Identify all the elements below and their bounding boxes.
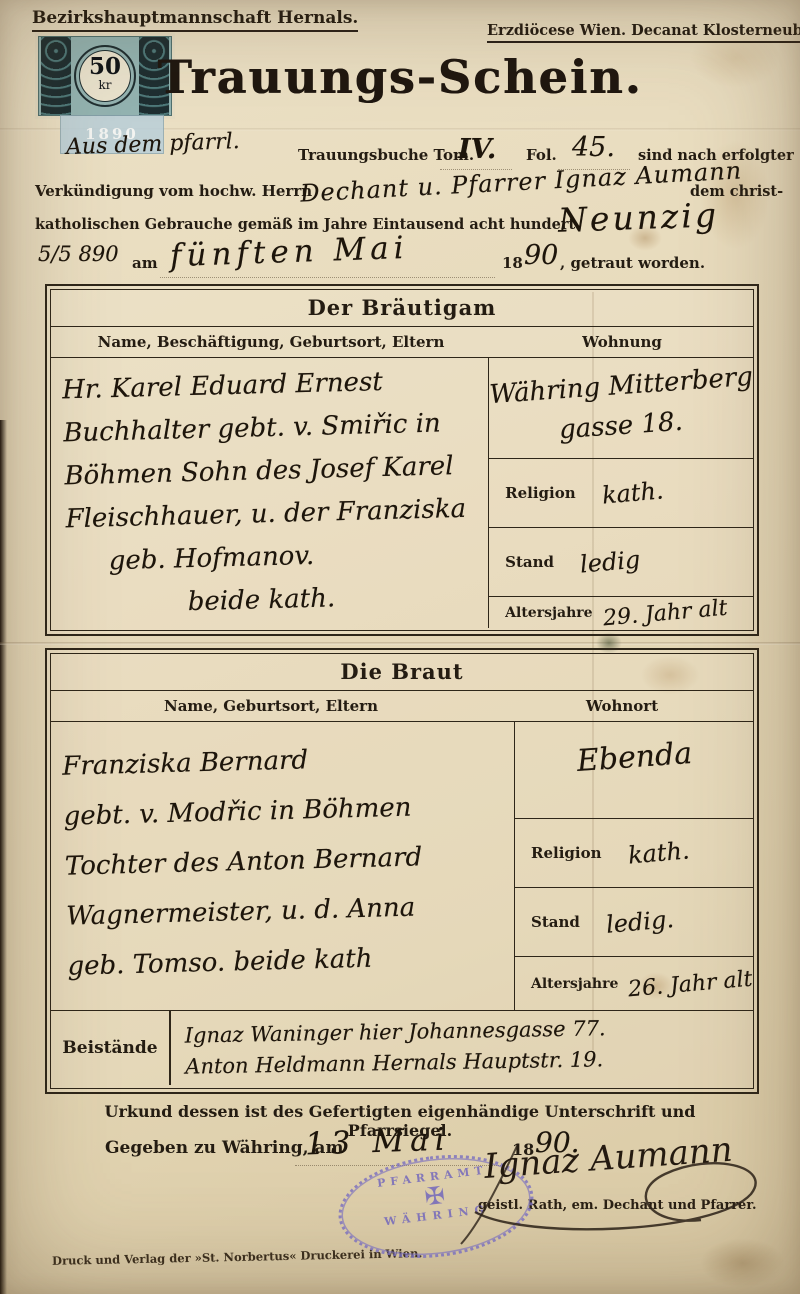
witnesses-label: Beistände [51,1011,171,1085]
folio-label: Fol. [526,146,557,164]
bride-age-row: Altersjahre 26. Jahr alt [515,957,753,1011]
age-label: Altersjahre [489,605,592,621]
bride-residence-cell: Ebenda [515,722,753,819]
register-volume: IV. [458,134,496,165]
status-value: ledig [579,545,641,578]
bride-residence-header: Wohnort [491,697,753,715]
religion-value: kath. [601,476,665,509]
groom-details-header: Name, Beschäftigung, Geburtsort, Eltern [51,333,491,351]
fold-crease [0,642,800,645]
groom-residence-header: Wohnung [491,333,753,351]
groom-right-column: Währing Mitterberg gasse 18. Religion ka… [488,358,753,628]
printer-imprint: Druck und Verlag der »St. Norbertus« Dru… [52,1246,423,1268]
bride-details: Franziska Bernard gebt. v. Modřic in Böh… [47,716,517,1016]
folio-number: 45. [572,132,615,163]
issuing-office-right: Erzdiöcese Wien. Decanat Klosterneuburg. [487,22,800,43]
age-value: 29. Jahr alt [602,595,728,631]
age-value: 26. Jahr alt [628,966,754,1002]
margin-annotation: Aus dem pfarrl. [66,129,240,160]
groom-table: Der Bräutigam Name, Beschäftigung, Gebur… [50,289,754,631]
groom-details: Hr. Karel Eduard Ernest Buchhalter gebt.… [48,352,492,633]
witnesses-row: Beistände Ignaz Waninger hier Johannesga… [51,1010,753,1085]
bride-section: Die Braut Name, Geburtsort, Eltern Wohno… [45,648,759,1094]
bride-column-headers: Name, Geburtsort, Eltern Wohnort [51,691,753,722]
year-suffix: 90 [524,240,558,271]
bride-table-body: Franziska Bernard gebt. v. Modřic in Böh… [51,722,753,1010]
bride-details-header: Name, Geburtsort, Eltern [51,697,491,715]
groom-age-row: Altersjahre 29. Jahr alt [489,597,753,629]
year-word: Neunzig [557,195,719,240]
status-label: Stand [489,553,554,571]
status-label: Stand [515,913,580,931]
am-label: am [132,254,158,272]
groom-section-title: Der Bräutigam [51,290,753,327]
paper-edge-shadow [0,420,7,1294]
intro-line3: katholischen Gebrauche gemäß im Jahre Ei… [35,216,575,233]
religion-label: Religion [489,484,576,502]
religion-label: Religion [515,844,602,862]
bride-section-title: Die Braut [51,654,753,691]
bride-details-line: geb. Tomso. beide kath [67,930,505,991]
groom-table-body: Hr. Karel Eduard Ernest Buchhalter gebt.… [51,358,753,628]
wedding-date: fünften Mai [169,230,409,274]
bride-religion-row: Religion kath. [515,819,753,888]
dotted-rule [160,276,495,278]
bride-residence-line: Ebenda [513,714,754,786]
religion-value: kath. [626,836,690,869]
priest-signature: Ignaz Aumann [455,1112,795,1252]
groom-details-line: beide kath. [187,574,479,625]
age-label: Altersjahre [515,976,618,992]
groom-residence-cell: Währing Mitterberg gasse 18. [489,358,753,459]
issuing-office-left: Bezirkshauptmannschaft Hernals. [32,8,358,32]
groom-religion-row: Religion kath. [489,459,753,528]
date-note: 5/5 890 [38,242,119,266]
intro-closing: , getraut worden. [560,254,705,272]
intro-line2: Verkündigung vom hochw. Herrn [35,182,312,200]
witness-line: Anton Heldmann Hernals Hauptstr. 19. [185,1044,606,1082]
groom-status-row: Stand ledig [489,528,753,597]
marriage-certificate-document: Bezirkshauptmannschaft Hernals. Erzdiöce… [0,0,800,1294]
groom-section: Der Bräutigam Name, Beschäftigung, Gebur… [45,284,759,636]
bride-right-column: Ebenda Religion kath. Stand ledig. Alter… [514,722,753,1010]
bride-status-row: Stand ledig. [515,888,753,957]
status-value: ledig. [605,905,675,939]
year-prefix: 18 [502,254,523,272]
bride-table: Die Braut Name, Geburtsort, Eltern Wohno… [50,653,754,1089]
register-label: Trauungsbuche Tom. [298,146,474,164]
groom-column-headers: Name, Beschäftigung, Geburtsort, Eltern … [51,327,753,358]
document-title: Trauungs-Schein. [0,50,800,104]
witnesses-lines: Ignaz Waninger hier Johannesgasse 77. An… [170,1007,612,1089]
signature-name: Ignaz Aumann [482,1130,734,1187]
